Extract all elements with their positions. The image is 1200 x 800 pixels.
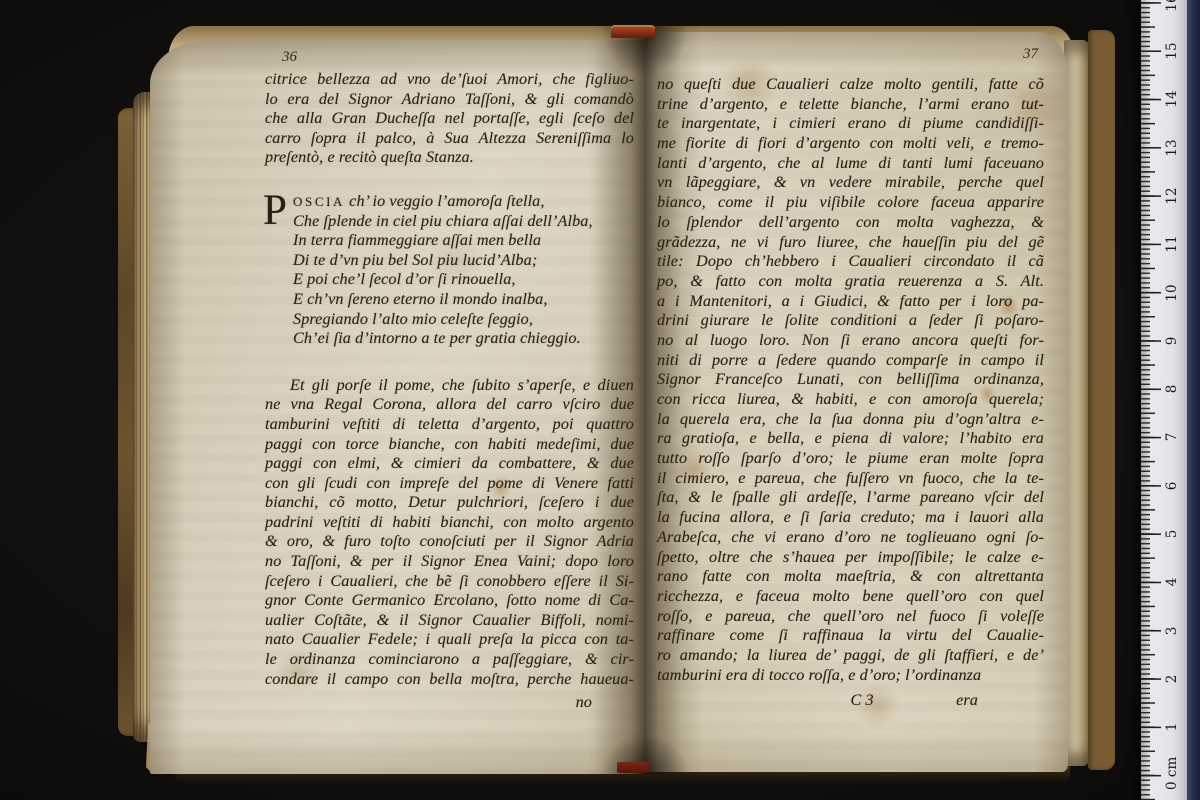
gathering-signature: C 3 xyxy=(851,690,874,710)
text-line: rano fatte con molta maeſtria, & con alt… xyxy=(657,567,1044,587)
left-page: 36 citrice bellezza ad vno de’ſuoi Amori… xyxy=(150,40,644,774)
text-line: & oro, & furo toſto conoſciuti per il Si… xyxy=(265,532,634,552)
text-line: la querela era, che la ſua donna piu d’o… xyxy=(657,410,1044,430)
poem-line: In terra fiammeggiare aſſai men bella xyxy=(293,231,634,251)
text-line: il cimiero, e pareua, che fuſſero vn fuo… xyxy=(657,469,1044,489)
ruler-label: 12 xyxy=(1164,182,1180,210)
text-line: po, & fatto con molta gratia reuerenza a… xyxy=(657,272,1044,292)
text-line: lanti d’argento, che al lume di tanti lu… xyxy=(657,154,1044,174)
ruler-label: 3 xyxy=(1164,617,1180,645)
text-line: paggi con torce bianche, con habiti mede… xyxy=(265,435,634,455)
right-page: 37 no queſti due Caualieri calze molto g… xyxy=(644,32,1068,772)
text-line: carro ſopra il palco, à Sua Altezza Sere… xyxy=(265,129,634,149)
ruler-backing-strip xyxy=(1187,0,1200,800)
text-line: ſta, & le ſpalle gli ardeſſe, l’arme par… xyxy=(657,488,1044,508)
text-line: con gli ſcudi con impreſe del pome di Ve… xyxy=(265,474,634,494)
text-line: le ordinanza cominciarono a paſſeggiare,… xyxy=(265,650,634,670)
text-line: ne vna Regal Corona, allora del carro vſ… xyxy=(265,395,634,415)
text-line: padrini veſtiti di habiti bianchi, con m… xyxy=(265,513,634,533)
text-line: tamburini veſtiti di teletta d’argento, … xyxy=(265,415,634,435)
text-line: paggi con elmi, & cimieri da combattere,… xyxy=(265,454,634,474)
ruler-cm-ticks xyxy=(1141,0,1161,800)
text-line: ricchezza, e faceua molto bene quell’oro… xyxy=(657,587,1044,607)
ruler-label: 7 xyxy=(1164,423,1180,451)
text-line: grãdezza, ne vi furo liuree, che haueſſi… xyxy=(657,233,1044,253)
text-line: preſentò, e recitò queſta Stanza. xyxy=(265,148,634,168)
ruler-label: 13 xyxy=(1164,134,1180,162)
text-line: la fucina allora, e ſi ſaria creduto; ma… xyxy=(657,508,1044,528)
text-line: trine d’argento, e telette bianche, l’ar… xyxy=(657,95,1044,115)
text-line: lo ſplendor dell’argento con molta vaghe… xyxy=(657,213,1044,233)
text-line: ſpetto, oltre che s’hauea per impoſſibil… xyxy=(657,548,1044,568)
text-line: che alla Gran Ducheſſa nel portaſſe, egl… xyxy=(265,109,634,129)
poem-line: E poi che’l ſecol d’or ſi rinouella, xyxy=(293,270,634,290)
text-line: condare il campo con bella moſtra, perch… xyxy=(265,670,634,690)
ruler-label: 16 xyxy=(1164,0,1180,17)
text-line: niti di porre a ſedere quando comparſe i… xyxy=(657,351,1044,371)
poem-line: Di te d’vn piu bel Sol piu lucid’Alba; xyxy=(293,251,634,271)
ruler-label: 15 xyxy=(1164,37,1180,65)
text-line: vn lãpeggiare, & vn vedere mirabile, per… xyxy=(657,173,1044,193)
text-line: gnor Conte Germanico Ercolano, ſotto nom… xyxy=(265,591,634,611)
text-line: Et gli porſe il pome, che ſubito s’aperſ… xyxy=(265,376,634,396)
text-line: lo era del Signor Adriano Taſſoni, & gli… xyxy=(265,90,634,110)
text-line: bianchi, cõ motto, Detur pulchriori, ſce… xyxy=(265,493,634,513)
catchword: no xyxy=(576,693,592,711)
stanza-poem: P OSCIA ch’ io veggio l’amoroſa ſtella, … xyxy=(265,192,634,349)
page-number-left: 36 xyxy=(282,49,297,66)
paragraph: citrice bellezza ad vno de’ſuoi Amori, c… xyxy=(265,70,634,168)
photo-stage: 36 citrice bellezza ad vno de’ſuoi Amori… xyxy=(0,0,1200,800)
ruler-label: 6 xyxy=(1164,472,1180,500)
headband-top xyxy=(611,25,655,38)
text-line: nato Caualier Fedele; i quali preſa la p… xyxy=(265,630,634,650)
ruler-label: 11 xyxy=(1164,230,1180,258)
ruler-label: 2 xyxy=(1164,665,1180,693)
ruler-label: 1 xyxy=(1164,713,1180,741)
poem-line: Ch’ei ſia d’intorno a te per gratia chie… xyxy=(293,329,634,349)
left-text-block: citrice bellezza ad vno de’ſuoi Amori, c… xyxy=(265,70,634,712)
text-line: drini giurare le ſolite conditioni a ſed… xyxy=(657,311,1044,331)
text-line: no queſti due Caualieri calze molto gent… xyxy=(657,75,1044,95)
text-line: ſceſero i Caualieri, che bẽ ſi conobbero… xyxy=(265,572,634,592)
text-line: Arabeſca, che vi erano d’oro ne toglieua… xyxy=(657,528,1044,548)
text-line: con ricca liurea, & habiti, e con amoroſ… xyxy=(657,390,1044,410)
poem-first-line: OSCIA ch’ io veggio l’amoroſa ſtella, xyxy=(293,192,634,212)
right-cover-edge xyxy=(1088,30,1115,770)
drop-cap-initial: P xyxy=(263,194,287,228)
text-line: no al luogo loro. Non ſi erano ancora qu… xyxy=(657,331,1044,351)
ruler-label: 0 cm xyxy=(1164,762,1180,790)
ruler-label: 8 xyxy=(1164,375,1180,403)
text-line: tutto roſſo ſparſo d’oro; le piume eran … xyxy=(657,449,1044,469)
text-line: tamburini era di tocco roſſa, e d’oro; l… xyxy=(657,666,1044,686)
ruler-label: 5 xyxy=(1164,520,1180,548)
poem-line: E ch’vn ſereno eterno il mondo inalba, xyxy=(293,290,634,310)
text-line: ualier Coſtãte, & il Signor Caualier Bif… xyxy=(265,611,634,631)
text-line: me fiorite di fiori d’argento con molti … xyxy=(657,134,1044,154)
text-line: Signor Franceſco Lunati, con belliſſima … xyxy=(657,370,1044,390)
signature-line: C 3 era xyxy=(657,690,1044,710)
text-line: roſſo, e pareua, che quell’oro nel fuoco… xyxy=(657,607,1044,627)
ruler-label: 10 xyxy=(1164,279,1180,307)
text-line: no Taſſoni, & per il Signor Enea Vaini; … xyxy=(265,552,634,572)
text-line: tile: Dopo ch’hebbero i Caualieri circon… xyxy=(657,252,1044,272)
page-number-right: 37 xyxy=(1023,46,1038,63)
text-line: ro amando; la liurea de’ paggi, de gli ſ… xyxy=(657,646,1044,666)
ruler-label: 14 xyxy=(1164,85,1180,113)
paragraph: no queſti due Caualieri calze molto gent… xyxy=(657,75,1044,685)
catchword-line: no xyxy=(265,692,634,712)
catchword: era xyxy=(956,690,978,710)
text-line: ra gratioſa, e bella, e piena di valore;… xyxy=(657,429,1044,449)
text-line: citrice bellezza ad vno de’ſuoi Amori, c… xyxy=(265,70,634,90)
text-line: bianco, come il piu viſibile colore face… xyxy=(657,193,1044,213)
text-line: a i Mantenitori, a i Giudici, & fatto pe… xyxy=(657,292,1044,312)
spine-bottom xyxy=(617,762,649,773)
poem-line: Spregiando l’alto mio celeſte ſeggio, xyxy=(293,310,634,330)
ruler-label: 4 xyxy=(1164,568,1180,596)
measuring-ruler: 0 cm12345678910111213141516 xyxy=(1141,0,1200,800)
poem-line: Che ſplende in ciel piu chiara aſſai del… xyxy=(293,212,634,232)
text-line: raffinare come ſi raffinaua la virtu del… xyxy=(657,626,1044,646)
text-line: te inargentate, i cimieri erano di piume… xyxy=(657,114,1044,134)
poem-lines: Che ſplende in ciel piu chiara aſſai del… xyxy=(293,212,634,349)
ruler-label: 9 xyxy=(1164,327,1180,355)
paragraph: Et gli porſe il pome, che ſubito s’aperſ… xyxy=(265,376,634,690)
right-text-block: no queſti due Caualieri calze molto gent… xyxy=(657,75,1044,710)
